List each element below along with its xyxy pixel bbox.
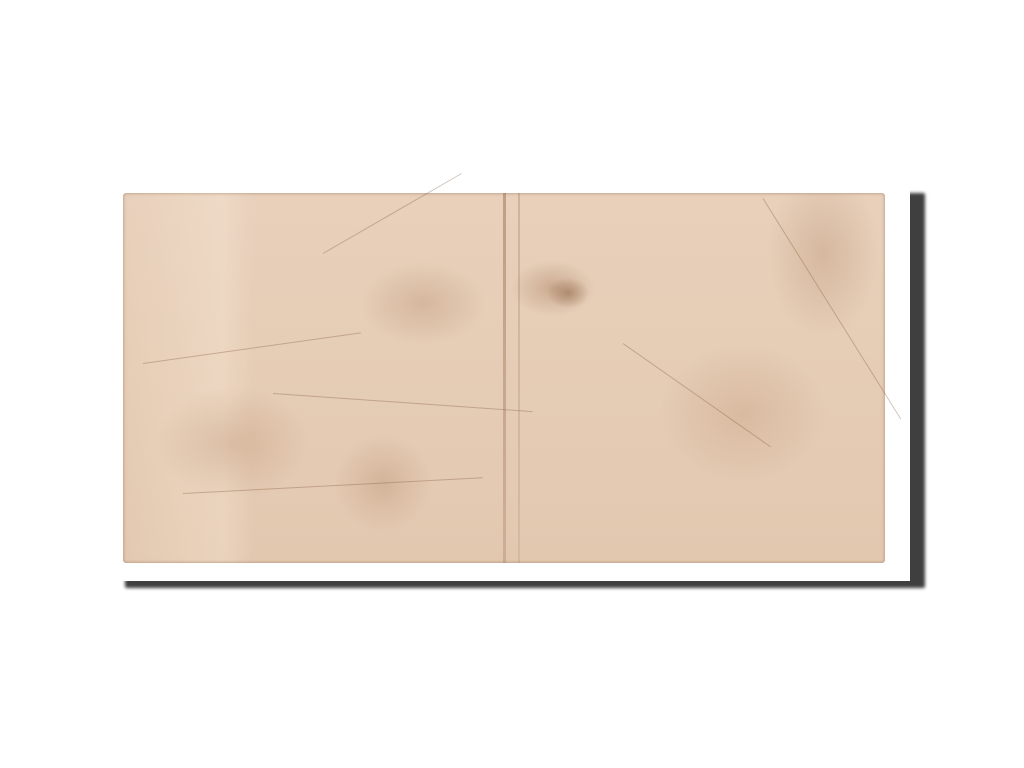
crease <box>763 198 902 419</box>
crease <box>183 477 483 494</box>
crease <box>143 332 361 364</box>
center-fold-secondary <box>518 193 520 563</box>
crease <box>273 393 532 412</box>
image-canvas <box>0 0 1024 768</box>
banknote-reverse <box>123 193 885 563</box>
center-fold <box>503 193 506 563</box>
crease <box>623 343 771 447</box>
